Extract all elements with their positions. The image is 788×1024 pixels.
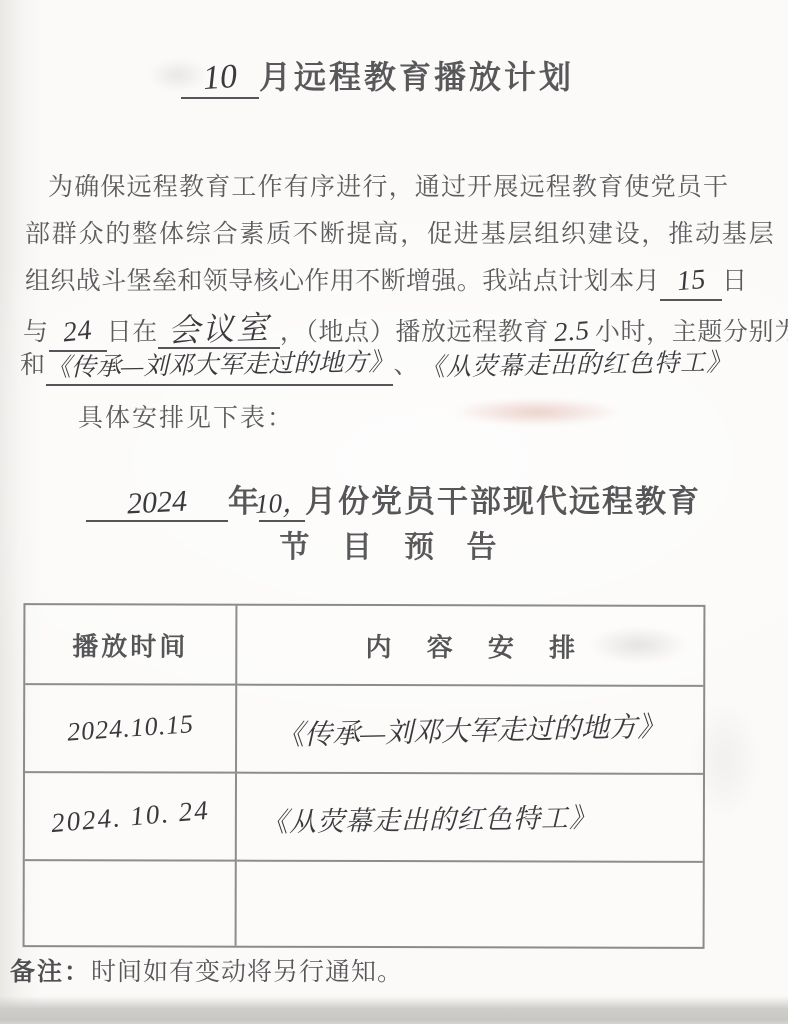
table-row2-content: 《从荧幕走出的红色特工》	[237, 774, 703, 863]
line3-day-suffix: 日	[722, 264, 747, 300]
line5-and-label: 和	[20, 348, 46, 384]
table-subtitle: 2024 年 10， 月份党员干部现代远程教育	[86, 476, 701, 522]
paragraph-line-2: 部群众的整体综合素质不断提高，促进基层组织建设，推动基层	[25, 217, 775, 253]
line5-separator: 、	[393, 348, 419, 384]
line4-with-label: 与	[23, 315, 49, 351]
paragraph-line-6: 具体安排见下表：	[78, 401, 294, 437]
table-row1-time: 2024.10.15	[25, 685, 237, 774]
row1-time-handwritten: 2024.10.15	[66, 709, 195, 747]
title-month-blank: 10	[181, 55, 259, 99]
photo-bottom-edge	[0, 996, 788, 1024]
footer-note: 备注： 时间如有变动将另行通知。	[10, 952, 403, 988]
day2-handwritten: 24	[61, 313, 94, 352]
footer-note-label: 备注：	[10, 952, 91, 988]
subtitle-month-handwritten: 10，	[254, 480, 309, 521]
line4-at-label: 日在	[107, 315, 158, 351]
table-header-time: 播放时间	[25, 605, 237, 686]
title-month-handwritten: 10	[202, 58, 239, 98]
subtitle-year-blank: 2024	[86, 480, 228, 522]
title-text: 月远程教育播放计划	[259, 52, 574, 98]
program-title2-handwritten: 《从荧幕走出的红色特工》	[419, 345, 732, 386]
row2-time-handwritten: 2024. 10. 24	[49, 794, 210, 838]
table-row1-content: 《传承—刘邓大军走过的地方》	[237, 686, 703, 775]
row2-content-handwritten: 《从荧幕走出的红色特工》	[261, 795, 598, 839]
table-header-content: 内 容 安 排	[237, 606, 703, 687]
footer-note-text: 时间如有变动将另行通知。	[91, 952, 403, 988]
paragraph-line-1: 为确保远程教育工作有序进行，通过开展远程教育使党员干	[48, 170, 729, 206]
paragraph-line-3: 组织战斗堡垒和领导核心作用不断增强。我站点计划本月 15 日	[25, 264, 747, 301]
paragraph-line-5: 和 《传承—刘邓大军走过的地方》 、 《从荧幕走出的红色特工》	[20, 348, 732, 386]
subtitle-year-handwritten: 2024	[126, 484, 188, 521]
line3-printed-text: 组织战斗堡垒和领导核心作用不断增强。我站点计划本月	[25, 264, 660, 300]
hours-handwritten: 2.5	[553, 312, 591, 350]
ink-bleed-through-red	[452, 398, 622, 426]
table-row2-time: 2024. 10. 24	[25, 773, 237, 862]
schedule-table: 播放时间 内 容 安 排 2024.10.15 《传承—刘邓大军走过的地方》 2…	[23, 603, 706, 949]
scanned-document-page: 10 月远程教育播放计划 为确保远程教育工作有序进行，通过开展远程教育使党员干 …	[0, 0, 788, 1024]
program-title1-underlined: 《传承—刘邓大军走过的地方》	[46, 350, 393, 386]
subtitle-rest-label: 月份党员干部现代远程教育	[305, 476, 701, 521]
row1-content-handwritten: 《传承—刘邓大军走过的地方》	[275, 705, 665, 754]
day1-blank: 15	[660, 265, 722, 301]
day1-handwritten: 15	[675, 262, 707, 300]
table-row3-time-empty	[25, 861, 237, 946]
subtitle-line2: 节 目 预 告	[0, 522, 788, 566]
place-blank: 会议室	[158, 311, 280, 349]
hours-blank: 2.5	[549, 315, 595, 351]
program-title1-handwritten: 《传承—刘邓大军走过的地方》	[46, 345, 394, 387]
day2-blank: 24	[49, 316, 107, 352]
subtitle-month-blank: 10，	[259, 480, 305, 522]
document-title: 10 月远程教育播放计划	[181, 52, 574, 99]
place-handwritten: 会议室	[167, 309, 270, 349]
table-row3-content-empty	[237, 862, 703, 947]
